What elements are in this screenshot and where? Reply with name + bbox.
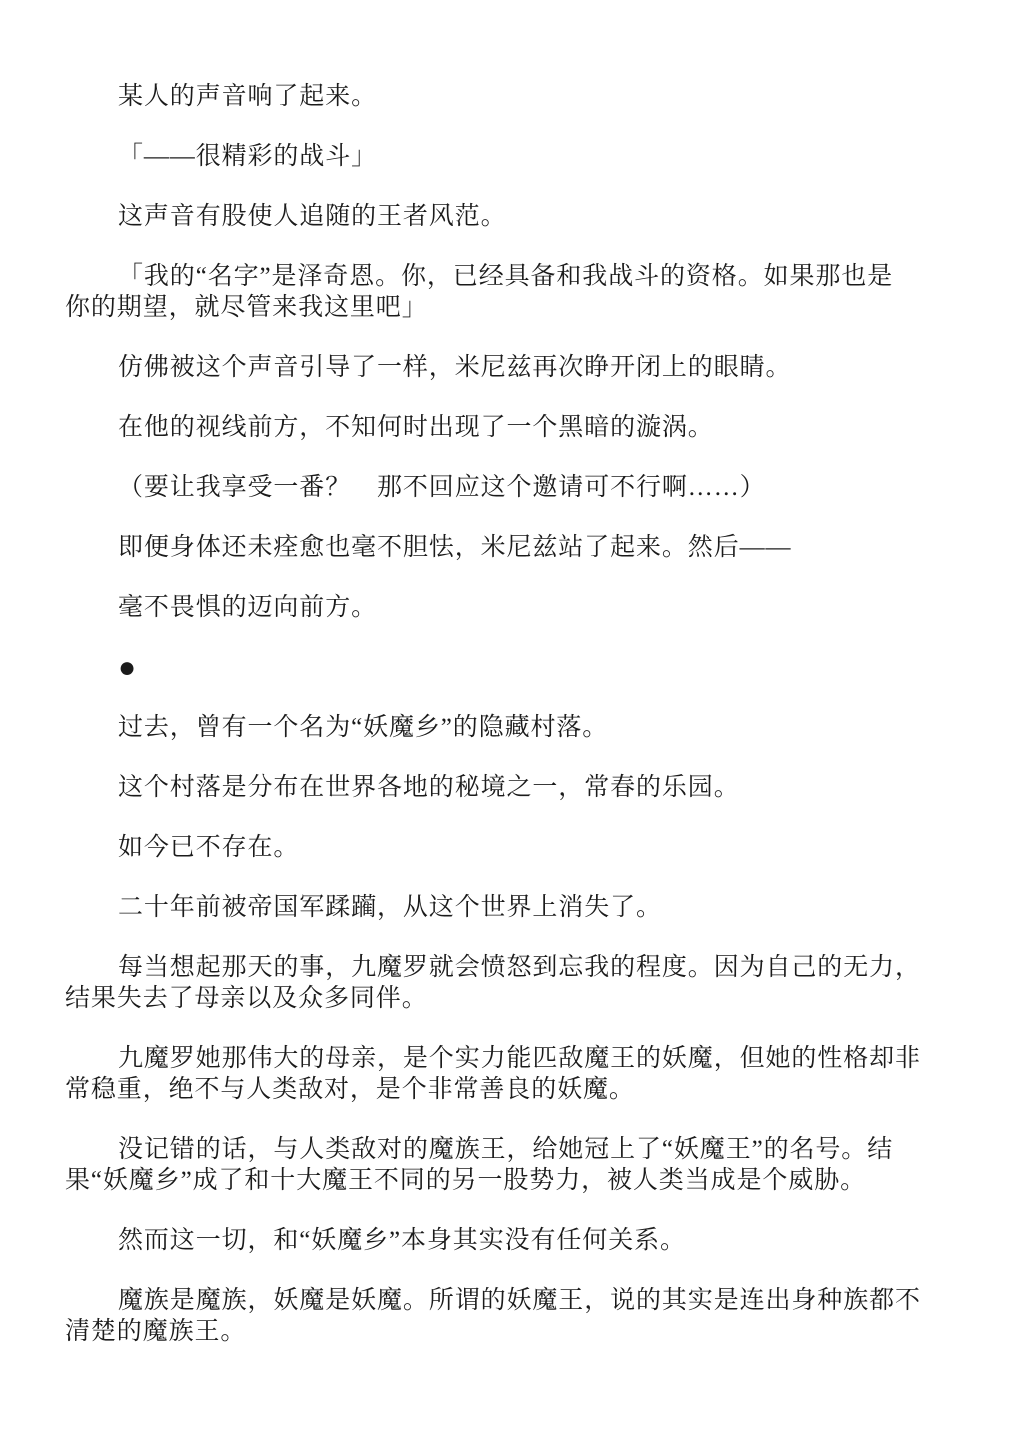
paragraph: 魔族是魔族，妖魔是妖魔。所谓的妖魔王，说的其实是连出身种族都不 清楚的魔族王。 bbox=[65, 1285, 935, 1347]
text-line: 仿佛被这个声音引导了一样，米尼兹再次睁开闭上的眼睛。 bbox=[65, 352, 935, 383]
text-line: 清楚的魔族王。 bbox=[65, 1316, 935, 1347]
text-line: 二十年前被帝国军蹂躏，从这个世界上消失了。 bbox=[65, 892, 935, 923]
text-line: 过去，曾有一个名为“妖魔乡”的隐藏村落。 bbox=[65, 712, 935, 743]
paragraph: 每当想起那天的事，九魔罗就会愤怒到忘我的程度。因为自己的无力， 结果失去了母亲以… bbox=[65, 952, 935, 1014]
paragraph: 没记错的话，与人类敌对的魔族王，给她冠上了“妖魔王”的名号。结 果“妖魔乡”成了… bbox=[65, 1134, 935, 1196]
paragraph: 然而这一切，和“妖魔乡”本身其实没有任何关系。 bbox=[65, 1225, 935, 1256]
paragraph: 在他的视线前方，不知何时出现了一个黑暗的漩涡。 bbox=[65, 412, 935, 443]
section-break: ● bbox=[65, 652, 935, 683]
paragraph: 二十年前被帝国军蹂躏，从这个世界上消失了。 bbox=[65, 892, 935, 923]
text-line: 某人的声音响了起来。 bbox=[65, 81, 935, 112]
text-line: 结果失去了母亲以及众多同伴。 bbox=[65, 983, 935, 1014]
text-line: 在他的视线前方，不知何时出现了一个黑暗的漩涡。 bbox=[65, 412, 935, 443]
paragraph: 过去，曾有一个名为“妖魔乡”的隐藏村落。 bbox=[65, 712, 935, 743]
text-line: 每当想起那天的事，九魔罗就会愤怒到忘我的程度。因为自己的无力， bbox=[65, 952, 935, 983]
text-line: 「——很精彩的战斗」 bbox=[65, 141, 935, 172]
paragraph: 这个村落是分布在世界各地的秘境之一，常春的乐园。 bbox=[65, 772, 935, 803]
paragraph-dialogue: 「我的“名字”是泽奇恩。你，已经具备和我战斗的资格。如果那也是 你的期望，就尽管… bbox=[65, 261, 935, 323]
text-line: 没记错的话，与人类敌对的魔族王，给她冠上了“妖魔王”的名号。结 bbox=[65, 1134, 935, 1165]
text-line: 魔族是魔族，妖魔是妖魔。所谓的妖魔王，说的其实是连出身种族都不 bbox=[65, 1285, 935, 1316]
paragraph: 九魔罗她那伟大的母亲，是个实力能匹敌魔王的妖魔，但她的性格却非 常稳重，绝不与人… bbox=[65, 1043, 935, 1105]
paragraph: 毫不畏惧的迈向前方。 bbox=[65, 592, 935, 623]
text-line: 果“妖魔乡”成了和十大魔王不同的另一股势力，被人类当成是个威胁。 bbox=[65, 1165, 935, 1196]
text-line: 然而这一切，和“妖魔乡”本身其实没有任何关系。 bbox=[65, 1225, 935, 1256]
text-line: 毫不畏惧的迈向前方。 bbox=[65, 592, 935, 623]
paragraph-thought: （要让我享受一番？ 那不回应这个邀请可不行啊……） bbox=[65, 472, 935, 503]
text-line: 即便身体还未痊愈也毫不胆怯，米尼兹站了起来。然后—— bbox=[65, 532, 935, 563]
text-line: 「我的“名字”是泽奇恩。你，已经具备和我战斗的资格。如果那也是 bbox=[65, 261, 935, 292]
paragraph-dialogue: 「——很精彩的战斗」 bbox=[65, 141, 935, 172]
text-line: 你的期望，就尽管来我这里吧」 bbox=[65, 292, 935, 323]
paragraph: 某人的声音响了起来。 bbox=[65, 81, 935, 112]
section-break-bullet: ● bbox=[65, 652, 935, 683]
paragraph: 如今已不存在。 bbox=[65, 832, 935, 863]
paragraph: 即便身体还未痊愈也毫不胆怯，米尼兹站了起来。然后—— bbox=[65, 532, 935, 563]
paragraph: 仿佛被这个声音引导了一样，米尼兹再次睁开闭上的眼睛。 bbox=[65, 352, 935, 383]
text-line: 如今已不存在。 bbox=[65, 832, 935, 863]
text-line: 常稳重，绝不与人类敌对，是个非常善良的妖魔。 bbox=[65, 1074, 935, 1105]
text-line: 这个村落是分布在世界各地的秘境之一，常春的乐园。 bbox=[65, 772, 935, 803]
paragraph: 这声音有股使人追随的王者风范。 bbox=[65, 201, 935, 232]
text-line: （要让我享受一番？ 那不回应这个邀请可不行啊……） bbox=[65, 472, 935, 503]
text-line: 九魔罗她那伟大的母亲，是个实力能匹敌魔王的妖魔，但她的性格却非 bbox=[65, 1043, 935, 1074]
text-line: 这声音有股使人追随的王者风范。 bbox=[65, 201, 935, 232]
document-page: 某人的声音响了起来。 「——很精彩的战斗」 这声音有股使人追随的王者风范。 「我… bbox=[65, 81, 935, 1376]
